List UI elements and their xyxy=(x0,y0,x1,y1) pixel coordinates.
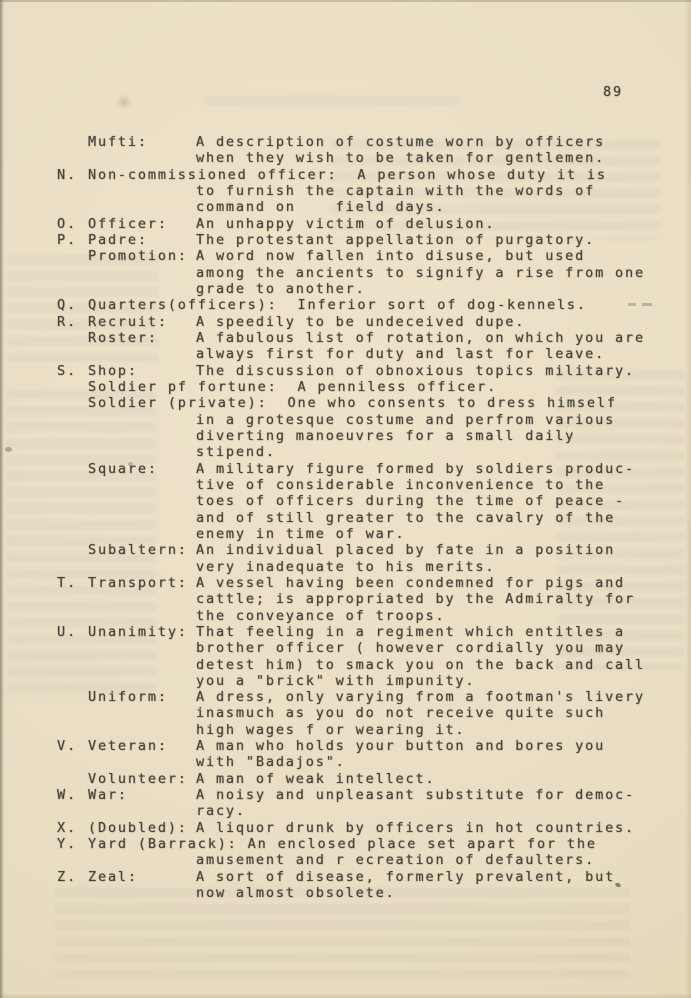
entry-definition: A dress, only varying from a footman's l… xyxy=(196,689,645,705)
entry-line: X.(Doubled):A liquor drunk by officers i… xyxy=(0,820,691,836)
entry-line: O.Officer:An unhappy victim of delusion. xyxy=(0,216,691,232)
entry-line: brother officer ( however cordially you … xyxy=(0,640,691,656)
entry-term: Zeal: xyxy=(88,869,138,885)
entry-line: Square:A military figure formed by soldi… xyxy=(0,461,691,477)
entry-line: Z.Zeal:A sort of disease, formerly preva… xyxy=(0,869,691,885)
entry-line: Soldier (private): One who consents to d… xyxy=(0,395,691,411)
entry-definition: A description of costume worn by officer… xyxy=(196,134,605,150)
entry-line: Q.Quarters(officers): Inferior sort of d… xyxy=(0,297,691,313)
entry-line: always first for duty and last for leave… xyxy=(0,346,691,362)
entry-line: to furnish the captain with the words of xyxy=(0,183,691,199)
entry-definition: An unhappy victim of delusion. xyxy=(196,216,495,232)
entry-letter: O. xyxy=(57,216,77,232)
entry-definition: command on field days. xyxy=(196,199,445,215)
entry-line: Mufti:A description of costume worn by o… xyxy=(0,134,691,150)
entry-definition: That feeling in a regiment which entitle… xyxy=(196,624,625,640)
entry-line: detest him) to smack you on the back and… xyxy=(0,657,691,673)
entry-definition: A word now fallen into disuse, but used xyxy=(196,248,585,264)
entry-line: Uniform:A dress, only varying from a foo… xyxy=(0,689,691,705)
entry-term: War: xyxy=(88,787,128,803)
entry-line: inasmuch as you do not receive quite suc… xyxy=(0,705,691,721)
entry-line: grade to another. xyxy=(0,281,691,297)
entry-definition: A liquor drunk by officers in hot countr… xyxy=(196,820,635,836)
entry-definition: A speedily to be undeceived dupe. xyxy=(196,314,525,330)
entry-definition: An individual placed by fate in a positi… xyxy=(196,542,615,558)
entry-definition: tive of considerable inconvenience to th… xyxy=(196,477,605,493)
entry-definition: with "Badajos". xyxy=(196,754,346,770)
entry-line: in a grotesque costume and perfrom vario… xyxy=(0,412,691,428)
entry-definition: A military figure formed by soldiers pro… xyxy=(196,461,635,477)
entry-definition: A man who holds your button and bores yo… xyxy=(196,738,605,754)
glossary-text-block: Mufti:A description of costume worn by o… xyxy=(0,134,691,901)
entry-term: Volunteer: xyxy=(88,771,188,787)
entry-letter: Z. xyxy=(57,869,77,885)
entry-definition: A noisy and unpleasant substitute for de… xyxy=(196,787,635,803)
entry-line: P.Padre:The protestant appellation of pu… xyxy=(0,232,691,248)
entry-definition: you a "brick" with impunity. xyxy=(196,673,475,689)
entry-line: N.Non-commissioned officer: A person who… xyxy=(0,167,691,183)
entry-term: (Doubled): xyxy=(88,820,188,836)
entry-line: Subaltern:An individual placed by fate i… xyxy=(0,542,691,558)
entry-line: you a "brick" with impunity. xyxy=(0,673,691,689)
entry-term: Subaltern: xyxy=(88,542,188,558)
entry-term-full: Soldier pf fortune: A penniless officer. xyxy=(88,379,497,395)
entry-term: Veteran: xyxy=(88,738,168,754)
bleed-through-ghost xyxy=(205,96,460,111)
entry-line: W.War:A noisy and unpleasant substitute … xyxy=(0,787,691,803)
entry-term-full: Yard (Barrack): An enclosed place set ap… xyxy=(88,836,597,852)
entry-definition: A man of weak intellect. xyxy=(196,771,435,787)
entry-letter: U. xyxy=(57,624,77,640)
entry-letter: R. xyxy=(57,314,77,330)
entry-definition: enemy in time of war. xyxy=(196,526,406,542)
entry-letter: W. xyxy=(57,787,77,803)
entry-definition: to furnish the captain with the words of xyxy=(196,183,595,199)
entry-term-full: Non-commissioned officer: A person whose… xyxy=(88,167,607,183)
entry-line: diverting manoeuvres for a small daily xyxy=(0,428,691,444)
entry-definition: A fabulous list of rotation, on which yo… xyxy=(196,330,645,346)
entry-line: command on field days. xyxy=(0,199,691,215)
entry-definition: among the ancients to signify a rise fro… xyxy=(196,265,645,281)
entry-definition: brother officer ( however cordially you … xyxy=(196,640,625,656)
entry-line: T.Transport:A vessel having been condemn… xyxy=(0,575,691,591)
entry-definition: grade to another. xyxy=(196,281,366,297)
page-edge-top xyxy=(0,0,691,2)
entry-term-full: Soldier (private): One who consents to d… xyxy=(88,395,617,411)
entry-line: S.Shop:The discussion of obnoxious topic… xyxy=(0,363,691,379)
page-number: 89 xyxy=(603,84,623,100)
entry-term: Promotion: xyxy=(88,248,188,264)
entry-definition: and of still greater to the cavalry of t… xyxy=(196,510,615,526)
entry-definition: always first for duty and last for leave… xyxy=(196,346,605,362)
entry-line: among the ancients to signify a rise fro… xyxy=(0,265,691,281)
entry-line: toes of officers during the time of peac… xyxy=(0,493,691,509)
entry-term: Transport: xyxy=(88,575,188,591)
entry-definition: stipend. xyxy=(196,444,276,460)
entry-term: Recruit: xyxy=(88,314,168,330)
entry-line: tive of considerable inconvenience to th… xyxy=(0,477,691,493)
entry-definition: cattle; is appropriated by the Admiralty… xyxy=(196,591,635,607)
paper-stain xyxy=(116,94,132,110)
entry-term: Mufti: xyxy=(88,134,148,150)
page-edge-bottom xyxy=(0,993,691,998)
entry-letter: T. xyxy=(57,575,77,591)
entry-term-full: Quarters(officers): Inferior sort of dog… xyxy=(88,297,587,313)
entry-definition: amusement and r ecreation of defaulters. xyxy=(196,852,595,868)
entry-term: Roster: xyxy=(88,330,158,346)
entry-term: Unanimity: xyxy=(88,624,188,640)
entry-letter: V. xyxy=(57,738,77,754)
entry-letter: Y. xyxy=(57,836,77,852)
entry-definition: in a grotesque costume and perfrom vario… xyxy=(196,412,615,428)
entry-line: amusement and r ecreation of defaulters. xyxy=(0,852,691,868)
entry-line: V.Veteran:A man who holds your button an… xyxy=(0,738,691,754)
entry-definition: detest him) to smack you on the back and… xyxy=(196,657,645,673)
entry-definition: A vessel having been condemned for pigs … xyxy=(196,575,625,591)
entry-definition: diverting manoeuvres for a small daily xyxy=(196,428,575,444)
entry-definition: the conveyance of troops. xyxy=(196,608,445,624)
entry-line: Promotion:A word now fallen into disuse,… xyxy=(0,248,691,264)
entry-definition: The discussion of obnoxious topics milit… xyxy=(196,363,635,379)
entry-term: Shop: xyxy=(88,363,138,379)
entry-line: stipend. xyxy=(0,444,691,460)
entry-line: U.Unanimity:That feeling in a regiment w… xyxy=(0,624,691,640)
entry-term: Padre: xyxy=(88,232,148,248)
entry-line: cattle; is appropriated by the Admiralty… xyxy=(0,591,691,607)
document-page: 89 Mufti:A description of costume worn b… xyxy=(0,0,691,998)
entry-letter: S. xyxy=(57,363,77,379)
entry-definition: when they wish to be taken for gentlemen… xyxy=(196,150,605,166)
entry-definition: high wages f or wearing it. xyxy=(196,722,465,738)
entry-line: now almost obsolete. xyxy=(0,885,691,901)
entry-term: Officer: xyxy=(88,216,168,232)
entry-definition: A sort of disease, formerly prevalent, b… xyxy=(196,869,615,885)
entry-definition: now almost obsolete. xyxy=(196,885,396,901)
entry-definition: inasmuch as you do not receive quite suc… xyxy=(196,705,605,721)
entry-definition: toes of officers during the time of peac… xyxy=(196,493,625,509)
entry-letter: P. xyxy=(57,232,77,248)
entry-definition: The protestant appellation of purgatory. xyxy=(196,232,595,248)
entry-letter: Q. xyxy=(57,297,77,313)
entry-definition: very inadequate to his merits. xyxy=(196,559,495,575)
entry-line: enemy in time of war. xyxy=(0,526,691,542)
entry-line: Volunteer:A man of weak intellect. xyxy=(0,771,691,787)
entry-letter: N. xyxy=(57,167,77,183)
entry-line: the conveyance of troops. xyxy=(0,608,691,624)
entry-line: with "Badajos". xyxy=(0,754,691,770)
entry-line: very inadequate to his merits. xyxy=(0,559,691,575)
entry-line: and of still greater to the cavalry of t… xyxy=(0,510,691,526)
entry-line: high wages f or wearing it. xyxy=(0,722,691,738)
entry-definition: racy. xyxy=(196,803,246,819)
entry-line: when they wish to be taken for gentlemen… xyxy=(0,150,691,166)
entry-letter: X. xyxy=(57,820,77,836)
entry-line: Roster:A fabulous list of rotation, on w… xyxy=(0,330,691,346)
bleed-through-ghost xyxy=(55,888,630,984)
entry-line: Y.Yard (Barrack): An enclosed place set … xyxy=(0,836,691,852)
entry-line: racy. xyxy=(0,803,691,819)
entry-line: R.Recruit:A speedily to be undeceived du… xyxy=(0,314,691,330)
entry-term: Uniform: xyxy=(88,689,168,705)
entry-line: Soldier pf fortune: A penniless officer. xyxy=(0,379,691,395)
entry-term: Square: xyxy=(88,461,158,477)
